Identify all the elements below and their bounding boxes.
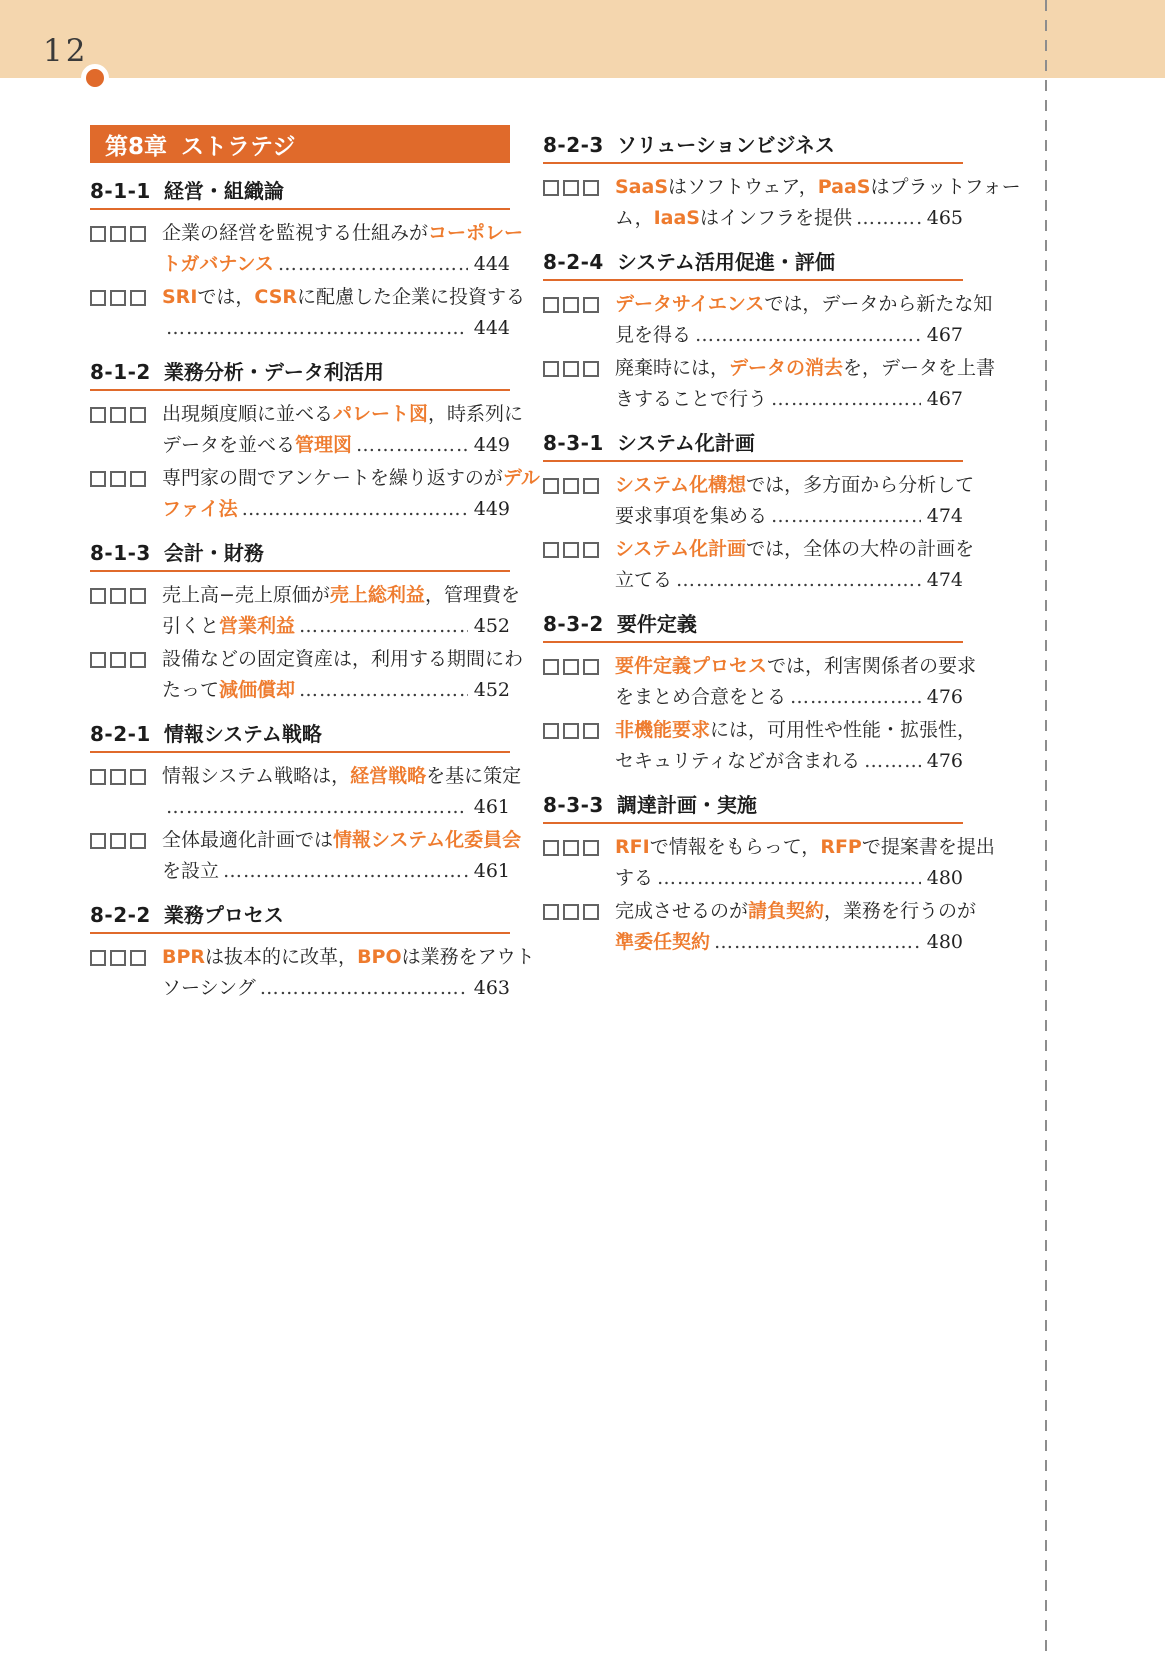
page-ref: 480 bbox=[927, 927, 963, 958]
page-ref: 474 bbox=[927, 501, 963, 532]
checkbox-icon bbox=[130, 471, 146, 487]
checkbox-icon bbox=[563, 180, 579, 196]
checkbox-group bbox=[90, 950, 162, 966]
checkbox-icon bbox=[563, 840, 579, 856]
checkbox-icon bbox=[543, 840, 559, 856]
section-heading: 8-2-4システム活用促進・評価 bbox=[543, 250, 963, 281]
checkbox-icon bbox=[130, 290, 146, 306]
page-ref: 465 bbox=[927, 203, 963, 234]
page-number: 12 bbox=[43, 33, 88, 69]
entry-line: たって減価償却………………………………………………………………………………………… bbox=[90, 675, 510, 706]
section-number: 8-2-4 bbox=[543, 250, 604, 275]
page-ref: 467 bbox=[927, 320, 963, 351]
keyword-highlight: ファイ法 bbox=[162, 494, 238, 525]
checkbox-icon bbox=[583, 361, 599, 377]
checkbox-group bbox=[90, 588, 162, 604]
entry-text: を設立 bbox=[162, 856, 219, 887]
section-number: 8-3-2 bbox=[543, 612, 604, 637]
checkbox-icon bbox=[130, 950, 146, 966]
dot-leader: ………………………………………………………………………………………………………… bbox=[299, 611, 468, 642]
checkbox-group bbox=[543, 840, 615, 856]
entry-line: 廃棄時には，データの消去を，データを上書 bbox=[543, 353, 963, 384]
section-heading: 8-3-1システム化計画 bbox=[543, 431, 963, 462]
chapter-header: 第8章 ストラテジ bbox=[90, 125, 510, 163]
entry-text: データを並べる bbox=[162, 430, 295, 461]
entry-line: …………………………………………………………………………………………………………… bbox=[90, 313, 510, 344]
entry-line: 設備などの固定資産は，利用する期間にわ bbox=[90, 644, 510, 675]
entry-text: 廃棄時には， bbox=[615, 353, 729, 384]
checkbox-icon bbox=[563, 659, 579, 675]
dot-leader: ………………………………………………………………………………………………………… bbox=[166, 313, 468, 344]
dot-leader: ………………………………………………………………………………………………………… bbox=[771, 384, 921, 415]
section-title: システム化計画 bbox=[617, 431, 755, 456]
keyword-highlight: 要件定義プロセス bbox=[615, 651, 767, 682]
page-ref: 480 bbox=[927, 863, 963, 894]
entry-line: 引くと営業利益………………………………………………………………………………………… bbox=[90, 611, 510, 642]
entry-text: ソーシング bbox=[162, 973, 256, 1004]
entry-line: 専門家の間でアンケートを繰り返すのがデル bbox=[90, 463, 510, 494]
entry-line: 立てる…………………………………………………………………………………………………… bbox=[543, 565, 963, 596]
dot-leader: ………………………………………………………………………………………………………… bbox=[242, 494, 468, 525]
page-top-band bbox=[0, 0, 1165, 78]
chapter-number: 第8章 bbox=[105, 128, 167, 161]
entry-text: 完成させるのが bbox=[615, 896, 748, 927]
entry-text: 企業の経営を監視する仕組みが bbox=[162, 218, 428, 249]
toc-entry: システム化計画では，全体の大枠の計画を立てる………………………………………………… bbox=[543, 534, 963, 596]
checkbox-icon bbox=[563, 478, 579, 494]
toc-section: 8-3-3調達計画・実施RFIで情報をもらって，RFPで提案書を提出する…………… bbox=[543, 793, 963, 958]
toc-content: 第8章 ストラテジ 8-1-1経営・組織論企業の経営を監視する仕組みがコーポレー… bbox=[90, 125, 963, 1006]
entry-text: ，管理費を bbox=[425, 580, 520, 611]
section-title: 情報システム戦略 bbox=[164, 722, 322, 747]
page-ref: 467 bbox=[927, 384, 963, 415]
dot-leader: ………………………………………………………………………………………………………… bbox=[356, 430, 468, 461]
page-ref: 476 bbox=[927, 682, 963, 713]
section-number: 8-1-1 bbox=[90, 179, 151, 204]
checkbox-group bbox=[90, 290, 162, 306]
toc-section: 8-1-1経営・組織論企業の経営を監視する仕組みがコーポレートガバナンス…………… bbox=[90, 179, 510, 344]
checkbox-icon bbox=[583, 478, 599, 494]
entry-text: では，データから新たな知 bbox=[764, 289, 992, 320]
checkbox-icon bbox=[90, 471, 106, 487]
trim-dashed-line bbox=[1045, 0, 1047, 1654]
entry-text: はソフトウェア， bbox=[668, 172, 818, 203]
entry-text: たって bbox=[162, 675, 219, 706]
section-heading: 8-3-3調達計画・実施 bbox=[543, 793, 963, 824]
keyword-highlight: 準委任契約 bbox=[615, 927, 710, 958]
entry-text: を基に策定 bbox=[426, 761, 521, 792]
entry-line: 準委任契約……………………………………………………………………………………………… bbox=[543, 927, 963, 958]
page-ref: 461 bbox=[474, 792, 510, 823]
checkbox-group bbox=[543, 180, 615, 196]
page-ref: 461 bbox=[474, 856, 510, 887]
keyword-highlight: データサイエンス bbox=[615, 289, 764, 320]
checkbox-icon bbox=[110, 407, 126, 423]
toc-entry: 企業の経営を監視する仕組みがコーポレートガバナンス………………………………………… bbox=[90, 218, 510, 280]
toc-section: 8-2-1情報システム戦略情報システム戦略は，経営戦略を基に策定……………………… bbox=[90, 722, 510, 887]
checkbox-icon bbox=[583, 723, 599, 739]
section-number: 8-3-3 bbox=[543, 793, 604, 818]
checkbox-icon bbox=[563, 723, 579, 739]
toc-entry: データサイエンスでは，データから新たな知見を得る…………………………………………… bbox=[543, 289, 963, 351]
entry-line: セキュリティなどが含まれる………………………………………………………………………… bbox=[543, 746, 963, 777]
keyword-highlight: 非機能要求 bbox=[615, 715, 710, 746]
dot-leader: ………………………………………………………………………………………………………… bbox=[278, 249, 468, 280]
section-title: 業務プロセス bbox=[164, 903, 284, 928]
entry-line: 情報システム戦略は，経営戦略を基に策定 bbox=[90, 761, 510, 792]
checkbox-group bbox=[90, 407, 162, 423]
entry-line: きすることで行う……………………………………………………………………………………… bbox=[543, 384, 963, 415]
entry-line: ム，IaaSはインフラを提供……………………………………………………………………… bbox=[543, 203, 963, 234]
entry-text: では，全体の大枠の計画を bbox=[746, 534, 974, 565]
checkbox-icon bbox=[90, 290, 106, 306]
page-ref: 463 bbox=[474, 973, 510, 1004]
page-ref: 449 bbox=[474, 430, 510, 461]
toc-entry: BPRは抜本的に改革，BPOは業務をアウトソーシング……………………………………… bbox=[90, 942, 510, 1004]
section-title: 要件定義 bbox=[617, 612, 697, 637]
keyword-highlight: 営業利益 bbox=[219, 611, 295, 642]
entry-text: きすることで行う bbox=[615, 384, 767, 415]
entry-line: を設立…………………………………………………………………………………………………… bbox=[90, 856, 510, 887]
checkbox-icon bbox=[110, 950, 126, 966]
entry-text: をまとめ合意をとる bbox=[615, 682, 786, 713]
entry-line: SaaSはソフトウェア，PaaSはプラットフォー bbox=[543, 172, 963, 203]
checkbox-icon bbox=[130, 226, 146, 242]
checkbox-group bbox=[543, 723, 615, 739]
keyword-highlight: 売上総利益 bbox=[330, 580, 425, 611]
entry-line: 見を得る………………………………………………………………………………………………… bbox=[543, 320, 963, 351]
entry-text: で情報をもらって， bbox=[650, 832, 821, 863]
checkbox-icon bbox=[583, 904, 599, 920]
checkbox-icon bbox=[110, 833, 126, 849]
checkbox-icon bbox=[90, 407, 106, 423]
checkbox-icon bbox=[90, 652, 106, 668]
dot-leader: ………………………………………………………………………………………………………… bbox=[695, 320, 921, 351]
section-number: 8-1-2 bbox=[90, 360, 151, 385]
dot-leader: ………………………………………………………………………………………………………… bbox=[299, 675, 468, 706]
checkbox-icon bbox=[583, 840, 599, 856]
section-title: 会計・財務 bbox=[164, 541, 264, 566]
checkbox-icon bbox=[130, 588, 146, 604]
entry-line: システム化計画では，全体の大枠の計画を bbox=[543, 534, 963, 565]
section-heading: 8-2-3ソリューションビジネス bbox=[543, 133, 963, 164]
dot-leader: ………………………………………………………………………………………………………… bbox=[676, 565, 921, 596]
entry-text: 売上高−売上原価が bbox=[162, 580, 330, 611]
checkbox-icon bbox=[130, 407, 146, 423]
keyword-highlight: BPR bbox=[162, 942, 205, 973]
entry-line: 全体最適化計画では情報システム化委員会 bbox=[90, 825, 510, 856]
keyword-highlight: SaaS bbox=[615, 172, 668, 203]
checkbox-icon bbox=[543, 297, 559, 313]
checkbox-icon bbox=[543, 361, 559, 377]
entry-text: 見を得る bbox=[615, 320, 691, 351]
entry-line: システム化構想では，多方面から分析して bbox=[543, 470, 963, 501]
entry-text: 引くと bbox=[162, 611, 219, 642]
entry-line: データを並べる管理図………………………………………………………………………………… bbox=[90, 430, 510, 461]
keyword-highlight: コーポレー bbox=[428, 218, 523, 249]
section-number: 8-3-1 bbox=[543, 431, 604, 456]
entry-text: ，業務を行うのが bbox=[824, 896, 976, 927]
entry-line: 非機能要求には，可用性や性能・拡張性， bbox=[543, 715, 963, 746]
checkbox-group bbox=[90, 769, 162, 785]
section-heading: 8-1-2業務分析・データ利活用 bbox=[90, 360, 510, 391]
toc-entry: 全体最適化計画では情報システム化委員会を設立………………………………………………… bbox=[90, 825, 510, 887]
toc-section: 8-3-2要件定義要件定義プロセスでは，利害関係者の要求をまとめ合意をとる………… bbox=[543, 612, 963, 777]
entry-text: では， bbox=[197, 282, 254, 313]
keyword-highlight: 経営戦略 bbox=[350, 761, 426, 792]
checkbox-group bbox=[543, 659, 615, 675]
entry-text: ，時系列に bbox=[428, 399, 523, 430]
checkbox-icon bbox=[90, 769, 106, 785]
toc-entry: RFIで情報をもらって，RFPで提案書を提出する…………………………………………… bbox=[543, 832, 963, 894]
entry-text: に配慮した企業に投資する bbox=[297, 282, 525, 313]
checkbox-icon bbox=[543, 904, 559, 920]
section-title: システム活用促進・評価 bbox=[617, 250, 835, 275]
checkbox-group bbox=[543, 542, 615, 558]
dot-leader: ………………………………………………………………………………………………………… bbox=[790, 682, 921, 713]
checkbox-icon bbox=[543, 542, 559, 558]
checkbox-group bbox=[543, 297, 615, 313]
checkbox-icon bbox=[583, 659, 599, 675]
entry-line: 企業の経営を監視する仕組みがコーポレー bbox=[90, 218, 510, 249]
section-title: ソリューションビジネス bbox=[617, 133, 835, 158]
checkbox-icon bbox=[90, 833, 106, 849]
keyword-highlight: 減価償却 bbox=[219, 675, 295, 706]
toc-entry: 売上高−売上原価が売上総利益，管理費を引くと営業利益……………………………………… bbox=[90, 580, 510, 642]
page-ref: 444 bbox=[474, 249, 510, 280]
keyword-highlight: データの消去 bbox=[729, 353, 843, 384]
section-number: 8-1-3 bbox=[90, 541, 151, 566]
entry-line: 要件定義プロセスでは，利害関係者の要求 bbox=[543, 651, 963, 682]
corner-dot-icon bbox=[81, 64, 109, 92]
checkbox-icon bbox=[90, 950, 106, 966]
entry-line: する……………………………………………………………………………………………………… bbox=[543, 863, 963, 894]
keyword-highlight: トガバナンス bbox=[162, 249, 274, 280]
toc-section: 8-2-4システム活用促進・評価データサイエンスでは，データから新たな知見を得る… bbox=[543, 250, 963, 415]
keyword-highlight: RFP bbox=[820, 832, 862, 863]
entry-line: BPRは抜本的に改革，BPOは業務をアウト bbox=[90, 942, 510, 973]
toc-entry: 要件定義プロセスでは，利害関係者の要求をまとめ合意をとる………………………………… bbox=[543, 651, 963, 713]
dot-leader: ………………………………………………………………………………………………………… bbox=[771, 501, 921, 532]
entry-line: をまとめ合意をとる…………………………………………………………………………………… bbox=[543, 682, 963, 713]
entry-line: RFIで情報をもらって，RFPで提案書を提出 bbox=[543, 832, 963, 863]
keyword-highlight: RFI bbox=[615, 832, 650, 863]
toc-section: 8-3-1システム化計画システム化構想では，多方面から分析して要求事項を集める…… bbox=[543, 431, 963, 596]
checkbox-icon bbox=[583, 180, 599, 196]
checkbox-icon bbox=[110, 290, 126, 306]
page-ref: 474 bbox=[927, 565, 963, 596]
checkbox-group bbox=[90, 226, 162, 242]
checkbox-icon bbox=[110, 588, 126, 604]
entry-line: トガバナンス…………………………………………………………………………………………… bbox=[90, 249, 510, 280]
checkbox-icon bbox=[110, 471, 126, 487]
section-heading: 8-2-2業務プロセス bbox=[90, 903, 510, 934]
keyword-highlight: デル bbox=[503, 463, 540, 494]
dot-leader: ………………………………………………………………………………………………………… bbox=[864, 746, 921, 777]
entry-text: 全体最適化計画では bbox=[162, 825, 333, 856]
keyword-highlight: パレート図 bbox=[333, 399, 428, 430]
section-heading: 8-2-1情報システム戦略 bbox=[90, 722, 510, 753]
checkbox-group bbox=[543, 904, 615, 920]
section-heading: 8-3-2要件定義 bbox=[543, 612, 963, 643]
entry-line: 出現頻度順に並べるパレート図，時系列に bbox=[90, 399, 510, 430]
section-title: 経営・組織論 bbox=[164, 179, 284, 204]
entry-line: ソーシング……………………………………………………………………………………………… bbox=[90, 973, 510, 1004]
checkbox-icon bbox=[563, 361, 579, 377]
toc-entry: システム化構想では，多方面から分析して要求事項を集める…………………………………… bbox=[543, 470, 963, 532]
entry-text: には，可用性や性能・拡張性， bbox=[710, 715, 976, 746]
toc-entry: 廃棄時には，データの消去を，データを上書きすることで行う………………………………… bbox=[543, 353, 963, 415]
entry-text: 専門家の間でアンケートを繰り返すのが bbox=[162, 463, 503, 494]
entry-text: を，データを上書 bbox=[843, 353, 995, 384]
checkbox-icon bbox=[543, 723, 559, 739]
toc-column-right: 8-2-3ソリューションビジネスSaaSはソフトウェア，PaaSはプラットフォー… bbox=[543, 125, 963, 1006]
keyword-highlight: 請負契約 bbox=[748, 896, 824, 927]
page-ref: 476 bbox=[927, 746, 963, 777]
keyword-highlight: BPO bbox=[357, 942, 402, 973]
checkbox-icon bbox=[563, 904, 579, 920]
entry-line: SRIでは，CSRに配慮した企業に投資する bbox=[90, 282, 510, 313]
checkbox-icon bbox=[543, 478, 559, 494]
toc-entry: 情報システム戦略は，経営戦略を基に策定………………………………………………………… bbox=[90, 761, 510, 823]
checkbox-icon bbox=[130, 652, 146, 668]
dot-leader: ………………………………………………………………………………………………………… bbox=[260, 973, 468, 1004]
entry-text: はプラットフォー bbox=[871, 172, 1021, 203]
toc-entry: 出現頻度順に並べるパレート図，時系列にデータを並べる管理図……………………………… bbox=[90, 399, 510, 461]
entry-text: では，利害関係者の要求 bbox=[767, 651, 976, 682]
keyword-highlight: PaaS bbox=[818, 172, 871, 203]
entry-text: では，多方面から分析して bbox=[746, 470, 974, 501]
section-number: 8-2-1 bbox=[90, 722, 151, 747]
entry-line: 要求事項を集める……………………………………………………………………………………… bbox=[543, 501, 963, 532]
toc-entry: 完成させるのが請負契約，業務を行うのが準委任契約…………………………………………… bbox=[543, 896, 963, 958]
section-heading: 8-1-1経営・組織論 bbox=[90, 179, 510, 210]
entry-line: 完成させるのが請負契約，業務を行うのが bbox=[543, 896, 963, 927]
entry-text: はインフラを提供 bbox=[700, 203, 852, 234]
keyword-highlight: システム化構想 bbox=[615, 470, 746, 501]
keyword-highlight: SRI bbox=[162, 282, 197, 313]
toc-section: 8-1-2業務分析・データ利活用出現頻度順に並べるパレート図，時系列にデータを並… bbox=[90, 360, 510, 525]
section-heading: 8-1-3会計・財務 bbox=[90, 541, 510, 572]
keyword-highlight: CSR bbox=[254, 282, 297, 313]
section-title: 調達計画・実施 bbox=[617, 793, 757, 818]
checkbox-icon bbox=[543, 659, 559, 675]
toc-section: 8-1-3会計・財務売上高−売上原価が売上総利益，管理費を引くと営業利益…………… bbox=[90, 541, 510, 706]
checkbox-icon bbox=[130, 769, 146, 785]
keyword-highlight: 管理図 bbox=[295, 430, 352, 461]
toc-entry: 専門家の間でアンケートを繰り返すのがデルファイ法…………………………………………… bbox=[90, 463, 510, 525]
checkbox-icon bbox=[110, 226, 126, 242]
section-number: 8-2-3 bbox=[543, 133, 604, 158]
entry-line: データサイエンスでは，データから新たな知 bbox=[543, 289, 963, 320]
section-number: 8-2-2 bbox=[90, 903, 151, 928]
toc-section: 8-2-2業務プロセスBPRは抜本的に改革，BPOは業務をアウトソーシング………… bbox=[90, 903, 510, 1004]
checkbox-icon bbox=[90, 588, 106, 604]
checkbox-icon bbox=[90, 226, 106, 242]
checkbox-icon bbox=[130, 833, 146, 849]
checkbox-icon bbox=[563, 297, 579, 313]
dot-leader: ………………………………………………………………………………………………………… bbox=[223, 856, 468, 887]
entry-text: 設備などの固定資産は，利用する期間にわ bbox=[162, 644, 523, 675]
checkbox-icon bbox=[110, 652, 126, 668]
checkbox-group bbox=[543, 361, 615, 377]
checkbox-icon bbox=[583, 542, 599, 558]
entry-text: ム， bbox=[615, 203, 654, 234]
toc-entry: SaaSはソフトウェア，PaaSはプラットフォーム，IaaSはインフラを提供……… bbox=[543, 172, 963, 234]
dot-leader: ………………………………………………………………………………………………………… bbox=[657, 863, 921, 894]
entry-text: セキュリティなどが含まれる bbox=[615, 746, 860, 777]
toc-section: 8-2-3ソリューションビジネスSaaSはソフトウェア，PaaSはプラットフォー… bbox=[543, 133, 963, 234]
chapter-title: ストラテジ bbox=[181, 128, 296, 161]
dot-leader: ………………………………………………………………………………………………………… bbox=[714, 927, 921, 958]
toc-entry: 設備などの固定資産は，利用する期間にわたって減価償却……………………………………… bbox=[90, 644, 510, 706]
entry-line: …………………………………………………………………………………………………………… bbox=[90, 792, 510, 823]
checkbox-group bbox=[90, 833, 162, 849]
page-ref: 452 bbox=[474, 675, 510, 706]
toc-entry: SRIでは，CSRに配慮した企業に投資する…………………………………………………… bbox=[90, 282, 510, 344]
entry-text: する bbox=[615, 863, 653, 894]
page-ref: 449 bbox=[474, 494, 510, 525]
entry-text: 要求事項を集める bbox=[615, 501, 767, 532]
page-ref: 452 bbox=[474, 611, 510, 642]
checkbox-icon bbox=[543, 180, 559, 196]
toc-column-left: 第8章 ストラテジ 8-1-1経営・組織論企業の経営を監視する仕組みがコーポレー… bbox=[90, 125, 510, 1006]
checkbox-icon bbox=[563, 542, 579, 558]
entry-line: ファイ法………………………………………………………………………………………………… bbox=[90, 494, 510, 525]
toc-entry: 非機能要求には，可用性や性能・拡張性，セキュリティなどが含まれる……………………… bbox=[543, 715, 963, 777]
checkbox-icon bbox=[110, 769, 126, 785]
dot-leader: ………………………………………………………………………………………………………… bbox=[856, 203, 921, 234]
entry-text: 情報システム戦略は， bbox=[162, 761, 350, 792]
keyword-highlight: IaaS bbox=[654, 203, 700, 234]
page-ref: 444 bbox=[474, 313, 510, 344]
section-title: 業務分析・データ利活用 bbox=[164, 360, 384, 385]
entry-text: で提案書を提出 bbox=[862, 832, 995, 863]
entry-text: 立てる bbox=[615, 565, 672, 596]
entry-text: 出現頻度順に並べる bbox=[162, 399, 333, 430]
checkbox-group bbox=[90, 652, 162, 668]
entry-text: は抜本的に改革， bbox=[205, 942, 357, 973]
checkbox-group bbox=[90, 471, 162, 487]
dot-leader: ………………………………………………………………………………………………………… bbox=[166, 792, 468, 823]
entry-line: 売上高−売上原価が売上総利益，管理費を bbox=[90, 580, 510, 611]
keyword-highlight: 情報システム化委員会 bbox=[333, 825, 521, 856]
checkbox-group bbox=[543, 478, 615, 494]
checkbox-icon bbox=[583, 297, 599, 313]
keyword-highlight: システム化計画 bbox=[615, 534, 746, 565]
entry-text: は業務をアウト bbox=[402, 942, 535, 973]
